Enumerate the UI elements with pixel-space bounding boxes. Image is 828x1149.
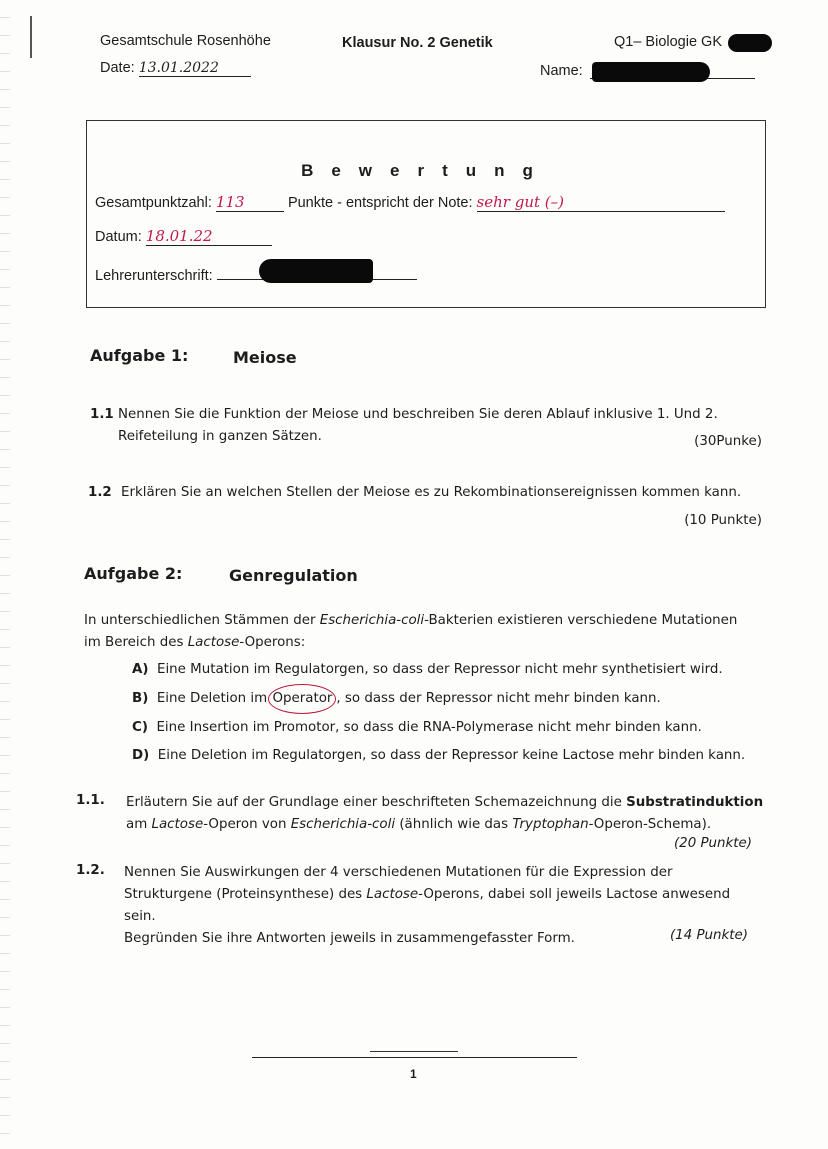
- total-value: 113: [216, 193, 284, 212]
- task2-q1-points: (20 Punkte): [674, 836, 752, 851]
- school-name: Gesamtschule Rosenhöhe: [100, 33, 271, 49]
- grading-date-value: 18.01.22: [146, 227, 272, 246]
- task2-q1-line2: am Lactose-Operon von Escherichia-coli (…: [126, 814, 776, 836]
- task2-q2-points: (14 Punkte): [670, 928, 748, 943]
- date-value: 13.01.2022: [139, 60, 251, 77]
- task2-q2-line1: Nennen Sie Auswirkungen der 4 verschiede…: [124, 862, 774, 884]
- task2-q1-number: 1.1.: [76, 790, 105, 812]
- task2-q2-line2: Strukturgene (Proteinsynthese) des Lacto…: [124, 884, 774, 906]
- task1-q1-points: (30Punke): [694, 434, 762, 449]
- points-label: Punkte - entspricht der Note:: [288, 195, 473, 211]
- task2-q1-text: Erläutern Sie auf der Grundlage einer be…: [126, 792, 776, 836]
- binder-hole-marks: [0, 0, 10, 1149]
- task1-q2-number: 1.2: [88, 482, 112, 504]
- task2-label: Aufgabe 2:: [84, 564, 182, 583]
- signature-redaction: [259, 259, 373, 283]
- circled-operator-annotation: Operator: [268, 684, 336, 714]
- course-text: Q1– Biologie GK: [614, 34, 722, 50]
- footer-rule-short: [370, 1051, 458, 1052]
- mutation-c: C) Eine Insertion im Promotor, so dass d…: [132, 714, 772, 742]
- date-label: Date:: [100, 60, 135, 76]
- task1-q2-points: (10 Punkte): [684, 513, 762, 528]
- signature-label: Lehrerunterschrift:: [95, 268, 213, 284]
- task1-q1-line1: Nennen Sie die Funktion der Meiose und b…: [118, 404, 768, 426]
- grade-value: sehr gut (–): [477, 193, 725, 212]
- task1-q1-number: 1.1: [90, 404, 114, 426]
- name-label: Name:: [540, 63, 583, 79]
- task1-label: Aufgabe 1:: [90, 346, 188, 365]
- total-row: Gesamtpunktzahl: 113 Punkte - entspricht…: [95, 193, 755, 212]
- task1-q1-line2: Reifeteilung in ganzen Sätzen.: [118, 426, 768, 448]
- task2-intro-line1: In unterschiedlichen Stämmen der Escheri…: [84, 610, 764, 632]
- total-label: Gesamtpunktzahl:: [95, 195, 212, 211]
- mutation-list: A) Eine Mutation im Regulatorgen, so das…: [132, 656, 772, 770]
- task2-q1-line1: Erläutern Sie auf der Grundlage einer be…: [126, 792, 776, 814]
- task2-q2-line3: sein.: [124, 906, 774, 928]
- date-field: Date: 13.01.2022: [100, 60, 251, 77]
- grading-title: Bewertung: [87, 161, 765, 181]
- task2-q2-number: 1.2.: [76, 860, 105, 882]
- mutation-b: B) Eine Deletion im Operator, so dass de…: [132, 684, 772, 714]
- task2-topic: Genregulation: [229, 566, 358, 585]
- task1-q2-text: Erklären Sie an welchen Stellen der Meio…: [121, 482, 741, 504]
- grading-date-row: Datum: 18.01.22: [95, 227, 272, 246]
- footer-rule: [252, 1057, 577, 1058]
- mutation-d: D) Eine Deletion im Regulatorgen, so das…: [132, 742, 772, 770]
- task2-intro-line2: im Bereich des Lactose-Operons:: [84, 632, 764, 654]
- course-label: Q1– Biologie GK: [614, 34, 722, 50]
- task1-q1-text: Nennen Sie die Funktion der Meiose und b…: [118, 404, 768, 448]
- exam-title: Klausur No. 2 Genetik: [342, 35, 493, 51]
- mutation-a: A) Eine Mutation im Regulatorgen, so das…: [132, 656, 772, 684]
- page-number: 1: [410, 1067, 417, 1081]
- course-redaction: [728, 34, 772, 52]
- grading-date-label: Datum:: [95, 229, 142, 245]
- name-redaction: [592, 62, 710, 82]
- grading-box: Bewertung Gesamtpunktzahl: 113 Punkte - …: [86, 120, 766, 308]
- task1-topic: Meiose: [233, 348, 297, 367]
- margin-mark: [30, 16, 32, 58]
- task2-intro: In unterschiedlichen Stämmen der Escheri…: [84, 610, 764, 654]
